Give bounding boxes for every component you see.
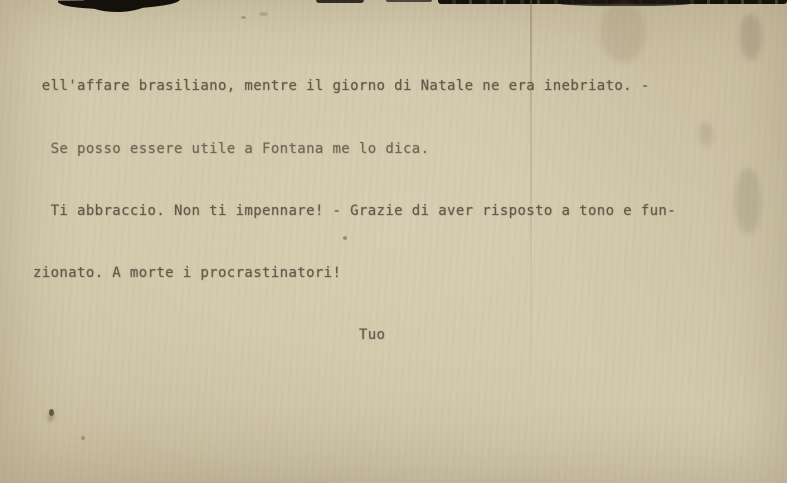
ink-speck	[81, 436, 85, 440]
scanned-letter-page: ell'affare brasiliano, mentre il giorno …	[0, 0, 787, 483]
letter-line: ell'affare brasiliano, mentre il giorno …	[33, 76, 676, 97]
ink-speck	[259, 12, 268, 16]
scan-edge-fragment	[386, 0, 432, 2]
letter-line: zionato. A morte i procrastinatori!	[33, 263, 676, 284]
paper-smudge	[735, 168, 761, 234]
letter-signature: Tuo	[33, 325, 676, 346]
ink-speck	[241, 16, 246, 19]
ink-speck	[49, 409, 54, 416]
scan-edge-blob	[84, 0, 150, 12]
paper-smudge	[740, 14, 762, 60]
paper-smudge	[699, 122, 713, 146]
letter-line: Ti abbraccio. Non ti impennare! - Grazie…	[33, 201, 676, 222]
scan-edge-fragment	[316, 0, 364, 3]
letter-body: ell'affare brasiliano, mentre il giorno …	[33, 35, 676, 387]
letter-line: Se posso essere utile a Fontana me lo di…	[33, 139, 676, 160]
